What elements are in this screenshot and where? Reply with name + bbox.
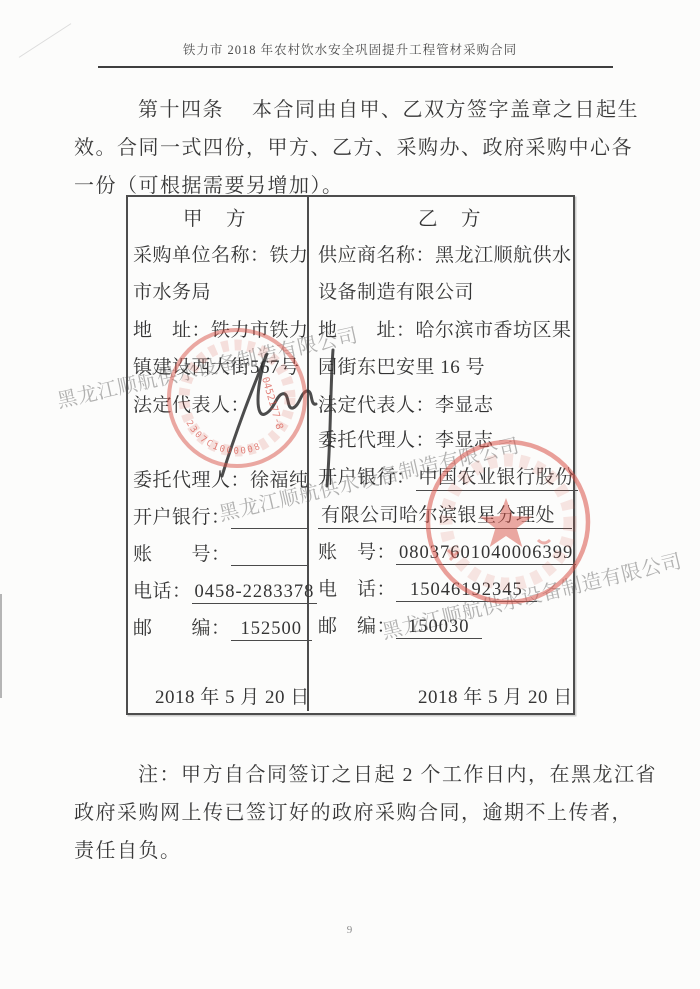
party-b-legal-rep: 法定代表人：李显志	[318, 390, 494, 417]
party-a-account-label: 账 号：	[133, 544, 231, 565]
party-b-phone-label: 电 话：	[318, 579, 396, 600]
party-b-bank-row1: 开户银行：中国农业银行股份	[318, 462, 578, 491]
party-a-date: 2018 年 5 月 20 日	[155, 682, 310, 709]
party-a-zip-label: 邮 编：	[133, 618, 231, 639]
party-b-bank-value-line2: 有限公司哈尔滨银星分理处	[318, 500, 572, 529]
party-b-zip-value: 150030	[396, 617, 482, 639]
party-b-phone-row: 电 话：15046192345	[318, 574, 537, 601]
party-b-bank-value-line1: 中国农业银行股份	[416, 462, 578, 491]
contract-page: 铁力市 2018 年农村饮水安全巩固提升工程管材采购合同 第十四条 本合同由自甲…	[0, 0, 700, 989]
party-a-legal-rep-label: 法定代表人：	[133, 390, 250, 417]
page-header-title: 铁力市 2018 年农村饮水安全巩固提升工程管材采购合同	[0, 40, 700, 58]
party-b-header: 乙 方	[418, 203, 483, 231]
page-number: 9	[0, 924, 700, 936]
party-a-zip-row: 邮 编：152500	[133, 613, 312, 640]
party-b-bank-label: 开户银行：	[318, 467, 416, 488]
party-b-org-line1: 供应商名称：黑龙江顺航供水	[318, 240, 572, 267]
party-b-address-line1: 地 址：哈尔滨市香坊区果	[318, 315, 572, 342]
party-a-address-line2: 镇建设西大街567号	[133, 352, 300, 379]
party-b-agent: 委托代理人：李显志	[318, 425, 494, 452]
party-a-account-blank-line	[231, 546, 307, 566]
party-b-account-value: 08037601040006399	[396, 543, 576, 565]
party-a-account-row: 账 号：	[133, 539, 307, 566]
party-a-bank-label: 开户银行：	[133, 507, 231, 528]
clause-line-1: 第十四条 本合同由自甲、乙双方签字盖章之日起生	[138, 93, 639, 122]
party-b-phone-value: 15046192345	[396, 580, 537, 602]
note-line-2: 政府采购网上传已签订好的政府采购合同，逾期不上传者，	[74, 796, 633, 825]
party-b-bank-row2: 有限公司哈尔滨银星分理处	[318, 500, 572, 529]
header-underline	[98, 66, 613, 68]
scan-edge-artifact	[0, 594, 2, 698]
party-a-org-line1: 采购单位名称：铁力	[133, 240, 309, 267]
party-a-agent: 委托代理人：徐福纯	[133, 465, 309, 492]
note-line-3: 责任自负。	[74, 834, 182, 863]
clause-line-3: 一份（可根据需要另增加）。	[74, 169, 344, 198]
party-a-header: 甲 方	[183, 203, 248, 231]
party-a-phone-value: 0458-2283378	[192, 582, 318, 604]
party-b-address-line2: 园街东巴安里 16 号	[318, 352, 485, 379]
party-a-phone-row: 电话：0458-2283378	[133, 576, 317, 603]
party-a-address-line1: 地 址：铁力市铁力	[133, 315, 309, 342]
party-a-zip-value: 152500	[231, 619, 313, 641]
party-a-bank-blank-line	[231, 509, 307, 529]
party-a-org-line2: 市水务局	[133, 277, 211, 304]
party-b-zip-label: 邮 编：	[318, 616, 396, 637]
party-a-bank-row: 开户银行：	[133, 502, 307, 529]
party-b-account-label: 账 号：	[318, 542, 396, 563]
party-b-zip-row: 邮 编：150030	[318, 611, 482, 638]
party-b-date: 2018 年 5 月 20 日	[418, 682, 573, 709]
party-b-org-line2: 设备制造有限公司	[318, 277, 474, 304]
party-b-account-row: 账 号：08037601040006399	[318, 537, 576, 564]
party-a-phone-label: 电话：	[133, 581, 192, 602]
note-line-1: 注：甲方自合同签订之日起 2 个工作日内，在黑龙江省	[138, 758, 657, 787]
clause-line-2: 效。合同一式四份，甲方、乙方、采购办、政府采购中心各	[74, 131, 633, 160]
